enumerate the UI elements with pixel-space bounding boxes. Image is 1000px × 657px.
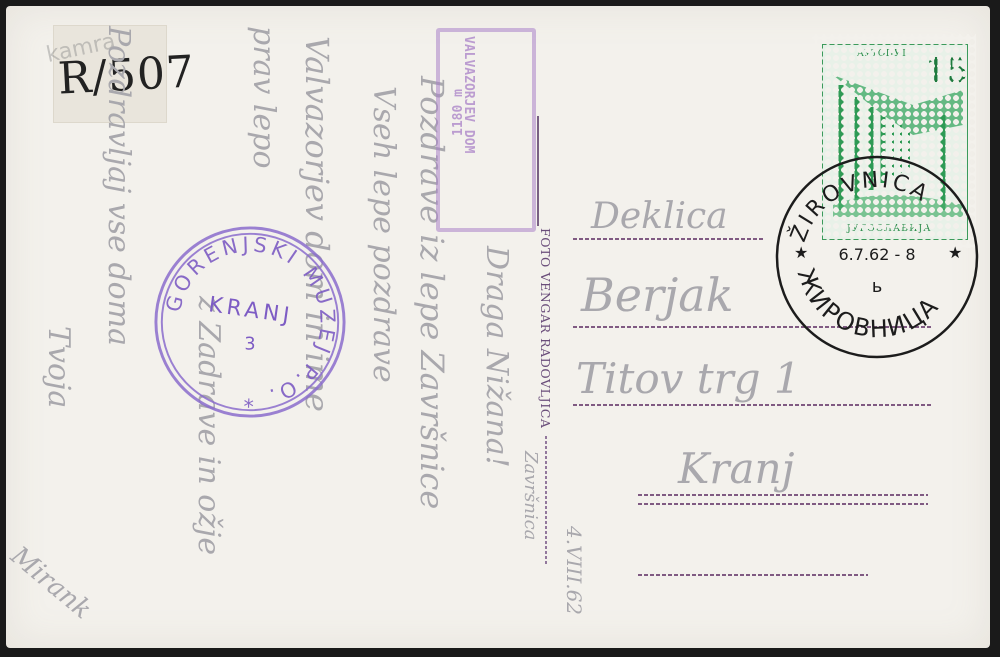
address-city: Kranj [678,444,795,493]
place-note: Završnica [520,451,541,540]
svg-text:★: ★ [794,245,808,262]
message-line: Draga Nižana! [479,246,514,468]
stamp-title: АУТОПУТ [857,49,908,59]
message-line: Tvoja [41,326,76,408]
center-divider-lower [545,436,547,566]
svg-text:ь: ь [872,276,883,297]
date-note: 4.VIII.62 [562,526,586,615]
center-divider [537,116,539,226]
address-line [638,494,928,496]
museum-stamp: GORENJSKI MUZEJ P.O. * KRANJ 3 [152,224,348,420]
svg-text:6.7.62 - 8: 6.7.62 - 8 [838,245,915,264]
address-surname: Berjak [581,268,734,322]
svg-text:KRANJ: KRANJ [207,292,295,329]
address-line [573,404,933,406]
address-line [573,238,763,240]
address-name: Deklica [591,196,728,237]
postcard-back: kamra R/507 Draga Nižana! Pozdrave iz le… [6,6,990,648]
svg-text:ŽIROVNICA: ŽIROVNICA [785,168,934,246]
postmark: ŽIROVNICA ЖИРОВНИЦА ★ ★ 6.7.62 - 8 ь [772,152,982,362]
address-line [638,503,928,505]
address-street: Titov trg 1 [576,354,801,403]
message-line: prav lepo [246,26,281,169]
rect-stamp-line2: 1180 m [451,89,466,136]
stamp-value: 15 [925,51,968,91]
svg-text:3: 3 [244,334,255,354]
address-line [638,574,868,576]
signature: Mirank [6,541,97,625]
message-line: Pozdravljaj vse doma [101,26,136,346]
publisher-imprint: FOTO VENGAR RADOVLJICA [538,228,553,429]
svg-text:★: ★ [948,245,962,262]
message-line: Vseh lepe pozdrave [366,86,401,383]
svg-text:ЖИРОВНИЦА: ЖИРОВНИЦА [792,265,945,344]
